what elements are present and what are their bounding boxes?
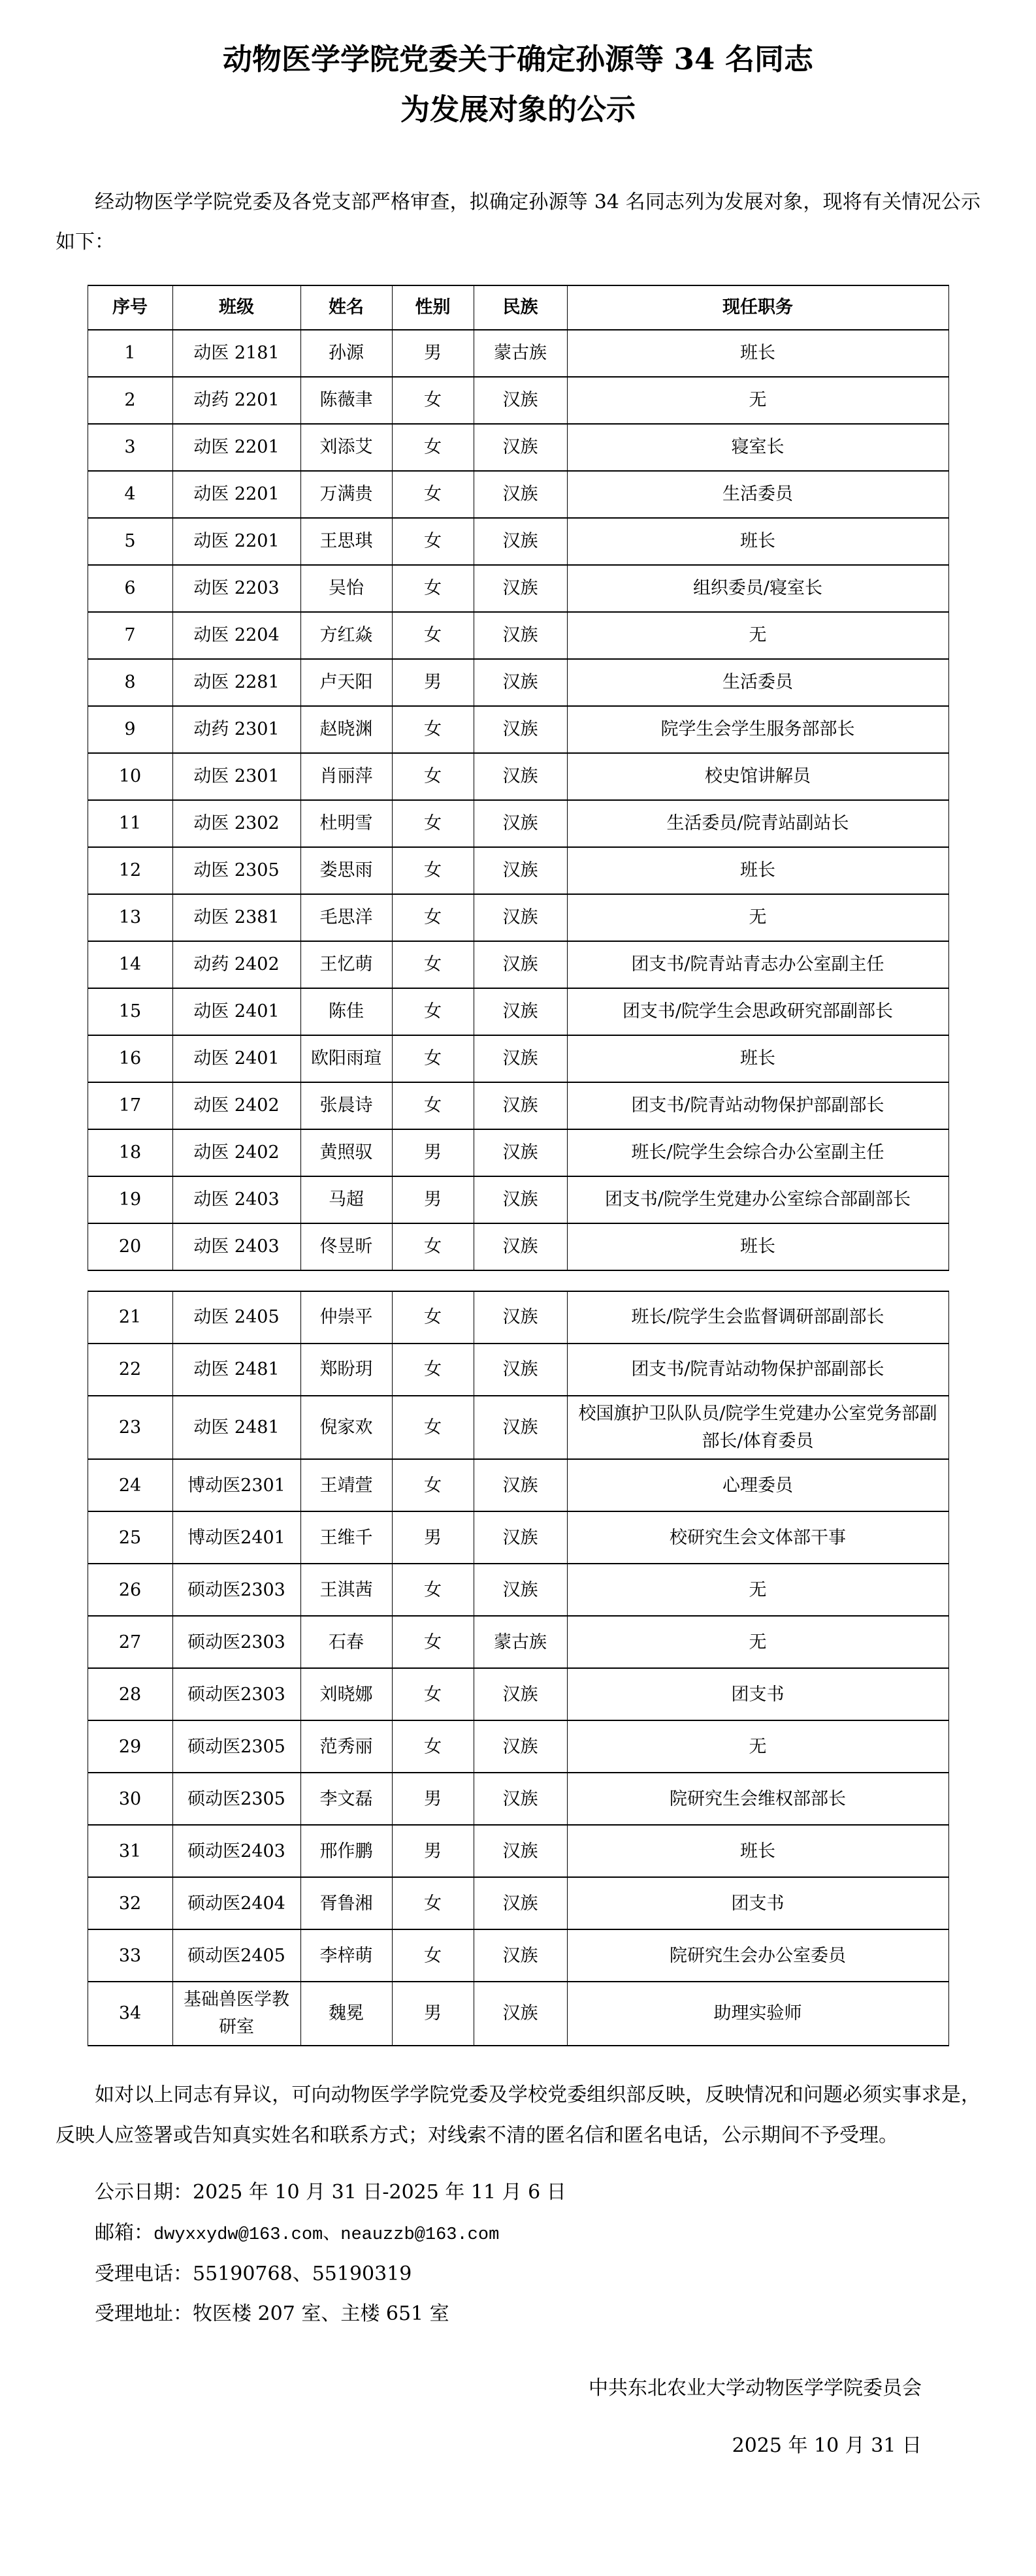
cell-position: 班长 [567, 1035, 948, 1082]
cell-position: 团支书/院青站动物保护部副部长 [567, 1082, 948, 1129]
cell-class: 动医 2181 [172, 330, 300, 377]
cell-gender: 男 [392, 1773, 474, 1825]
cell-index: 31 [88, 1825, 172, 1877]
cell-ethnicity: 汉族 [474, 1877, 567, 1929]
cell-ethnicity: 汉族 [474, 1929, 567, 1982]
cell-gender: 男 [392, 659, 474, 706]
cell-index: 20 [88, 1223, 172, 1270]
cell-name: 欧阳雨瑄 [300, 1035, 392, 1082]
cell-ethnicity: 汉族 [474, 706, 567, 753]
cell-class: 动医 2481 [172, 1344, 300, 1396]
cell-index: 13 [88, 894, 172, 941]
table-row: 13动医 2381毛思洋女汉族无 [88, 894, 948, 941]
cell-position: 班长 [567, 518, 948, 565]
cell-class: 动医 2302 [172, 800, 300, 847]
cell-name: 娄思雨 [300, 847, 392, 894]
cell-name: 石春 [300, 1616, 392, 1668]
cell-ethnicity: 汉族 [474, 565, 567, 612]
cell-ethnicity: 汉族 [474, 847, 567, 894]
cell-gender: 女 [392, 1877, 474, 1929]
cell-name: 王淇茜 [300, 1564, 392, 1616]
cell-gender: 男 [392, 1825, 474, 1877]
cell-ethnicity: 汉族 [474, 659, 567, 706]
cell-ethnicity: 汉族 [474, 1082, 567, 1129]
table-row: 6动医 2203吴怡女汉族组织委员/寝室长 [88, 565, 948, 612]
cell-class: 硕动医2303 [172, 1564, 300, 1616]
cell-ethnicity: 汉族 [474, 1459, 567, 1511]
cell-position: 无 [567, 1720, 948, 1773]
column-header-5: 现任职务 [567, 285, 948, 330]
cell-gender: 男 [392, 1511, 474, 1564]
cell-position: 校国旗护卫队队员/院学生党建办公室党务部副部长/体育委员 [567, 1396, 948, 1460]
cell-ethnicity: 汉族 [474, 941, 567, 988]
cell-name: 胥鲁湘 [300, 1877, 392, 1929]
table-row: 29硕动医2305范秀丽女汉族无 [88, 1720, 948, 1773]
cell-gender: 女 [392, 1616, 474, 1668]
table-row: 30硕动医2305李文磊男汉族院研究生会维权部部长 [88, 1773, 948, 1825]
cell-class: 动医 2402 [172, 1129, 300, 1176]
table-row: 33硕动医2405李梓萌女汉族院研究生会办公室委员 [88, 1929, 948, 1982]
cell-class: 动医 2405 [172, 1291, 300, 1344]
cell-class: 动医 2381 [172, 894, 300, 941]
contact-value: 55190768、55190319 [193, 2262, 412, 2285]
cell-index: 23 [88, 1396, 172, 1460]
cell-name: 陈薇聿 [300, 377, 392, 424]
table-row: 7动医 2204方红焱女汉族无 [88, 612, 948, 659]
cell-position: 团支书 [567, 1668, 948, 1720]
cell-class: 动药 2402 [172, 941, 300, 988]
cell-name: 卢天阳 [300, 659, 392, 706]
table-row: 18动医 2402黄照驭男汉族班长/院学生会综合办公室副主任 [88, 1129, 948, 1176]
cell-class: 动医 2401 [172, 988, 300, 1035]
cell-position: 心理委员 [567, 1459, 948, 1511]
cell-class: 博动医2401 [172, 1511, 300, 1564]
cell-index: 5 [88, 518, 172, 565]
cell-index: 29 [88, 1720, 172, 1773]
cell-class: 动医 2281 [172, 659, 300, 706]
cell-class: 动医 2402 [172, 1082, 300, 1129]
cell-gender: 女 [392, 1929, 474, 1982]
contact-label: 受理地址： [95, 2302, 193, 2325]
objection-notice-paragraph: 如对以上同志有异议，可向动物医学学院党委及学校党委组织部反映，反映情况和问题必须… [56, 2075, 980, 2155]
cell-name: 赵晓渊 [300, 706, 392, 753]
table-row: 5动医 2201王思琪女汉族班长 [88, 518, 948, 565]
cell-name: 仲崇平 [300, 1291, 392, 1344]
cell-ethnicity: 汉族 [474, 1396, 567, 1460]
table-row: 16动医 2401欧阳雨瑄女汉族班长 [88, 1035, 948, 1082]
page-title: 动物医学学院党委关于确定孙源等 34 名同志 为发展对象的公示 [56, 34, 980, 135]
cell-index: 6 [88, 565, 172, 612]
cell-class: 动医 2481 [172, 1396, 300, 1460]
contact-line-0: 公示日期：2025 年 10 月 31 日-2025 年 11 月 6 日 [56, 2178, 980, 2208]
cell-name: 刘添艾 [300, 424, 392, 471]
cell-position: 团支书/院青站动物保护部副部长 [567, 1344, 948, 1396]
roster-table-part1: 序号班级姓名性别民族现任职务 1动医 2181孙源男蒙古族班长2动药 2201陈… [88, 285, 949, 1271]
cell-gender: 女 [392, 941, 474, 988]
contact-value: 牧医楼 207 室、主楼 651 室 [193, 2302, 449, 2325]
cell-gender: 男 [392, 330, 474, 377]
cell-index: 12 [88, 847, 172, 894]
contact-label: 邮箱： [95, 2221, 154, 2244]
cell-index: 9 [88, 706, 172, 753]
cell-name: 李梓萌 [300, 1929, 392, 1982]
cell-ethnicity: 汉族 [474, 377, 567, 424]
cell-position: 无 [567, 1616, 948, 1668]
cell-ethnicity: 汉族 [474, 1223, 567, 1270]
cell-gender: 女 [392, 1396, 474, 1460]
cell-gender: 女 [392, 471, 474, 518]
cell-name: 王忆萌 [300, 941, 392, 988]
cell-index: 11 [88, 800, 172, 847]
cell-ethnicity: 汉族 [474, 1035, 567, 1082]
cell-position: 组织委员/寝室长 [567, 565, 948, 612]
signature-block: 中共东北农业大学动物医学学院委员会 2025 年 10 月 31 日 [56, 2373, 980, 2462]
cell-position: 团支书/院青站青志办公室副主任 [567, 941, 948, 988]
cell-name: 王靖萱 [300, 1459, 392, 1511]
cell-index: 7 [88, 612, 172, 659]
cell-class: 动药 2201 [172, 377, 300, 424]
table-row: 2动药 2201陈薇聿女汉族无 [88, 377, 948, 424]
cell-class: 硕动医2305 [172, 1720, 300, 1773]
cell-name: 郑盼玥 [300, 1344, 392, 1396]
cell-name: 刘晓娜 [300, 1668, 392, 1720]
cell-name: 范秀丽 [300, 1720, 392, 1773]
cell-ethnicity: 汉族 [474, 612, 567, 659]
cell-gender: 男 [392, 1982, 474, 2046]
cell-ethnicity: 汉族 [474, 1564, 567, 1616]
table-row: 26硕动医2303王淇茜女汉族无 [88, 1564, 948, 1616]
cell-position: 班长 [567, 847, 948, 894]
contact-label: 受理电话： [95, 2262, 193, 2285]
table-row: 12动医 2305娄思雨女汉族班长 [88, 847, 948, 894]
cell-index: 27 [88, 1616, 172, 1668]
cell-index: 16 [88, 1035, 172, 1082]
cell-position: 团支书/院学生党建办公室综合部副部长 [567, 1176, 948, 1223]
cell-position: 生活委员 [567, 471, 948, 518]
cell-position: 院研究生会维权部部长 [567, 1773, 948, 1825]
contact-info-block: 公示日期：2025 年 10 月 31 日-2025 年 11 月 6 日邮箱：… [56, 2178, 980, 2329]
cell-gender: 女 [392, 988, 474, 1035]
table-row: 4动医 2201万满贵女汉族生活委员 [88, 471, 948, 518]
cell-index: 33 [88, 1929, 172, 1982]
cell-ethnicity: 汉族 [474, 894, 567, 941]
cell-ethnicity: 汉族 [474, 424, 567, 471]
cell-name: 倪家欢 [300, 1396, 392, 1460]
cell-class: 动医 2301 [172, 753, 300, 800]
table-page-break-gap [56, 1271, 980, 1291]
cell-name: 杜明雪 [300, 800, 392, 847]
contact-line-3: 受理地址：牧医楼 207 室、主楼 651 室 [56, 2299, 980, 2330]
cell-ethnicity: 汉族 [474, 1291, 567, 1344]
cell-index: 1 [88, 330, 172, 377]
cell-gender: 女 [392, 565, 474, 612]
cell-position: 生活委员/院青站副站长 [567, 800, 948, 847]
table-row: 23动医 2481倪家欢女汉族校国旗护卫队队员/院学生党建办公室党务部副部长/体… [88, 1396, 948, 1460]
cell-name: 王维千 [300, 1511, 392, 1564]
cell-class: 博动医2301 [172, 1459, 300, 1511]
cell-name: 王思琪 [300, 518, 392, 565]
cell-class: 硕动医2405 [172, 1929, 300, 1982]
cell-position: 无 [567, 612, 948, 659]
cell-gender: 女 [392, 1082, 474, 1129]
cell-name: 邢作鹏 [300, 1825, 392, 1877]
cell-gender: 女 [392, 1344, 474, 1396]
cell-position: 班长 [567, 1223, 948, 1270]
cell-gender: 女 [392, 1291, 474, 1344]
cell-ethnicity: 蒙古族 [474, 330, 567, 377]
cell-position: 生活委员 [567, 659, 948, 706]
cell-gender: 女 [392, 753, 474, 800]
cell-name: 吴怡 [300, 565, 392, 612]
cell-name: 毛思洋 [300, 894, 392, 941]
cell-name: 黄照驭 [300, 1129, 392, 1176]
cell-name: 孙源 [300, 330, 392, 377]
contact-line-1: 邮箱：dwyxxydw@163.com、neauzzb@163.com [56, 2218, 980, 2249]
table-row: 11动医 2302杜明雪女汉族生活委员/院青站副站长 [88, 800, 948, 847]
cell-position: 团支书 [567, 1877, 948, 1929]
cell-name: 万满贵 [300, 471, 392, 518]
cell-ethnicity: 汉族 [474, 518, 567, 565]
cell-gender: 男 [392, 1129, 474, 1176]
cell-index: 21 [88, 1291, 172, 1344]
cell-name: 魏冕 [300, 1982, 392, 2046]
table-row: 27硕动医2303石春女蒙古族无 [88, 1616, 948, 1668]
cell-position: 班长 [567, 330, 948, 377]
cell-class: 硕动医2303 [172, 1668, 300, 1720]
cell-gender: 女 [392, 800, 474, 847]
cell-class: 动医 2201 [172, 424, 300, 471]
cell-gender: 女 [392, 894, 474, 941]
column-header-3: 性别 [392, 285, 474, 330]
cell-name: 佟昱昕 [300, 1223, 392, 1270]
cell-gender: 女 [392, 1223, 474, 1270]
table-row: 21动医 2405仲崇平女汉族班长/院学生会监督调研部副部长 [88, 1291, 948, 1344]
cell-index: 18 [88, 1129, 172, 1176]
cell-class: 硕动医2403 [172, 1825, 300, 1877]
cell-position: 无 [567, 377, 948, 424]
cell-gender: 女 [392, 706, 474, 753]
cell-class: 硕动医2303 [172, 1616, 300, 1668]
table-row: 24博动医2301王靖萱女汉族心理委员 [88, 1459, 948, 1511]
cell-ethnicity: 汉族 [474, 1825, 567, 1877]
cell-index: 8 [88, 659, 172, 706]
contact-value: dwyxxydw@163.com、neauzzb@163.com [154, 2225, 499, 2245]
cell-index: 25 [88, 1511, 172, 1564]
cell-ethnicity: 汉族 [474, 800, 567, 847]
cell-position: 班长 [567, 1825, 948, 1877]
cell-class: 动药 2301 [172, 706, 300, 753]
table-row: 1动医 2181孙源男蒙古族班长 [88, 330, 948, 377]
cell-index: 10 [88, 753, 172, 800]
cell-position: 无 [567, 894, 948, 941]
cell-position: 班长/院学生会监督调研部副部长 [567, 1291, 948, 1344]
cell-name: 李文磊 [300, 1773, 392, 1825]
table-row: 15动医 2401陈佳女汉族团支书/院学生会思政研究部副部长 [88, 988, 948, 1035]
cell-class: 基础兽医学教研室 [172, 1982, 300, 2046]
cell-position: 校研究生会文体部干事 [567, 1511, 948, 1564]
cell-position: 院研究生会办公室委员 [567, 1929, 948, 1982]
table-row: 19动医 2403马超男汉族团支书/院学生党建办公室综合部副部长 [88, 1176, 948, 1223]
cell-index: 34 [88, 1982, 172, 2046]
intro-paragraph: 经动物医学学院党委及各党支部严格审查，拟确定孙源等 34 名同志列为发展对象，现… [56, 182, 980, 263]
table-row: 32硕动医2404胥鲁湘女汉族团支书 [88, 1877, 948, 1929]
cell-index: 15 [88, 988, 172, 1035]
cell-index: 22 [88, 1344, 172, 1396]
cell-ethnicity: 汉族 [474, 1773, 567, 1825]
cell-ethnicity: 汉族 [474, 1129, 567, 1176]
table-row: 28硕动医2303刘晓娜女汉族团支书 [88, 1668, 948, 1720]
cell-ethnicity: 汉族 [474, 988, 567, 1035]
cell-index: 32 [88, 1877, 172, 1929]
table-header-row: 序号班级姓名性别民族现任职务 [88, 285, 948, 330]
cell-class: 动医 2201 [172, 518, 300, 565]
cell-class: 硕动医2305 [172, 1773, 300, 1825]
cell-position: 寝室长 [567, 424, 948, 471]
cell-class: 动医 2401 [172, 1035, 300, 1082]
cell-gender: 女 [392, 612, 474, 659]
document-page: 动物医学学院党委关于确定孙源等 34 名同志 为发展对象的公示 经动物医学学院党… [0, 0, 1036, 2576]
cell-position: 无 [567, 1564, 948, 1616]
cell-ethnicity: 汉族 [474, 1344, 567, 1396]
table-row: 8动医 2281卢天阳男汉族生活委员 [88, 659, 948, 706]
cell-position: 团支书/院学生会思政研究部副部长 [567, 988, 948, 1035]
cell-gender: 女 [392, 1564, 474, 1616]
cell-gender: 女 [392, 424, 474, 471]
cell-name: 马超 [300, 1176, 392, 1223]
table-row: 31硕动医2403邢作鹏男汉族班长 [88, 1825, 948, 1877]
cell-name: 方红焱 [300, 612, 392, 659]
cell-class: 硕动医2404 [172, 1877, 300, 1929]
cell-gender: 女 [392, 1668, 474, 1720]
cell-index: 19 [88, 1176, 172, 1223]
contact-line-2: 受理电话：55190768、55190319 [56, 2259, 980, 2290]
signature-date: 2025 年 10 月 31 日 [56, 2430, 922, 2462]
cell-class: 动医 2403 [172, 1223, 300, 1270]
cell-gender: 男 [392, 1176, 474, 1223]
cell-ethnicity: 汉族 [474, 1668, 567, 1720]
cell-position: 班长/院学生会综合办公室副主任 [567, 1129, 948, 1176]
cell-ethnicity: 汉族 [474, 1176, 567, 1223]
cell-ethnicity: 蒙古族 [474, 1616, 567, 1668]
cell-gender: 女 [392, 377, 474, 424]
cell-position: 院学生会学生服务部部长 [567, 706, 948, 753]
cell-index: 14 [88, 941, 172, 988]
cell-index: 30 [88, 1773, 172, 1825]
column-header-0: 序号 [88, 285, 172, 330]
cell-class: 动医 2204 [172, 612, 300, 659]
cell-name: 张晨诗 [300, 1082, 392, 1129]
table-row: 20动医 2403佟昱昕女汉族班长 [88, 1223, 948, 1270]
cell-class: 动医 2403 [172, 1176, 300, 1223]
cell-class: 动医 2305 [172, 847, 300, 894]
table-row: 22动医 2481郑盼玥女汉族团支书/院青站动物保护部副部长 [88, 1344, 948, 1396]
cell-ethnicity: 汉族 [474, 1982, 567, 2046]
table-row: 14动药 2402王忆萌女汉族团支书/院青站青志办公室副主任 [88, 941, 948, 988]
cell-name: 肖丽萍 [300, 753, 392, 800]
cell-class: 动医 2203 [172, 565, 300, 612]
table-row: 17动医 2402张晨诗女汉族团支书/院青站动物保护部副部长 [88, 1082, 948, 1129]
table-row: 9动药 2301赵晓渊女汉族院学生会学生服务部部长 [88, 706, 948, 753]
cell-ethnicity: 汉族 [474, 471, 567, 518]
cell-gender: 女 [392, 1035, 474, 1082]
signature-org: 中共东北农业大学动物医学学院委员会 [56, 2373, 922, 2404]
cell-class: 动医 2201 [172, 471, 300, 518]
table-row: 25博动医2401王维千男汉族校研究生会文体部干事 [88, 1511, 948, 1564]
cell-ethnicity: 汉族 [474, 1511, 567, 1564]
table-row: 34基础兽医学教研室魏冕男汉族助理实验师 [88, 1982, 948, 2046]
column-header-4: 民族 [474, 285, 567, 330]
cell-index: 17 [88, 1082, 172, 1129]
contact-label: 公示日期： [95, 2181, 193, 2204]
column-header-2: 姓名 [300, 285, 392, 330]
cell-index: 4 [88, 471, 172, 518]
page-title-line1: 动物医学学院党委关于确定孙源等 34 名同志 [56, 34, 980, 84]
cell-gender: 女 [392, 1459, 474, 1511]
page-title-line2: 为发展对象的公示 [56, 84, 980, 135]
contact-value: 2025 年 10 月 31 日-2025 年 11 月 6 日 [193, 2181, 566, 2204]
cell-index: 24 [88, 1459, 172, 1511]
cell-ethnicity: 汉族 [474, 753, 567, 800]
cell-position: 助理实验师 [567, 1982, 948, 2046]
cell-gender: 女 [392, 518, 474, 565]
cell-index: 28 [88, 1668, 172, 1720]
cell-index: 26 [88, 1564, 172, 1616]
roster-table-part2: 21动医 2405仲崇平女汉族班长/院学生会监督调研部副部长22动医 2481郑… [88, 1291, 949, 2046]
table-row: 3动医 2201刘添艾女汉族寝室长 [88, 424, 948, 471]
table-row: 10动医 2301肖丽萍女汉族校史馆讲解员 [88, 753, 948, 800]
cell-index: 2 [88, 377, 172, 424]
column-header-1: 班级 [172, 285, 300, 330]
cell-position: 校史馆讲解员 [567, 753, 948, 800]
cell-gender: 女 [392, 1720, 474, 1773]
cell-ethnicity: 汉族 [474, 1720, 567, 1773]
cell-index: 3 [88, 424, 172, 471]
cell-name: 陈佳 [300, 988, 392, 1035]
cell-gender: 女 [392, 847, 474, 894]
